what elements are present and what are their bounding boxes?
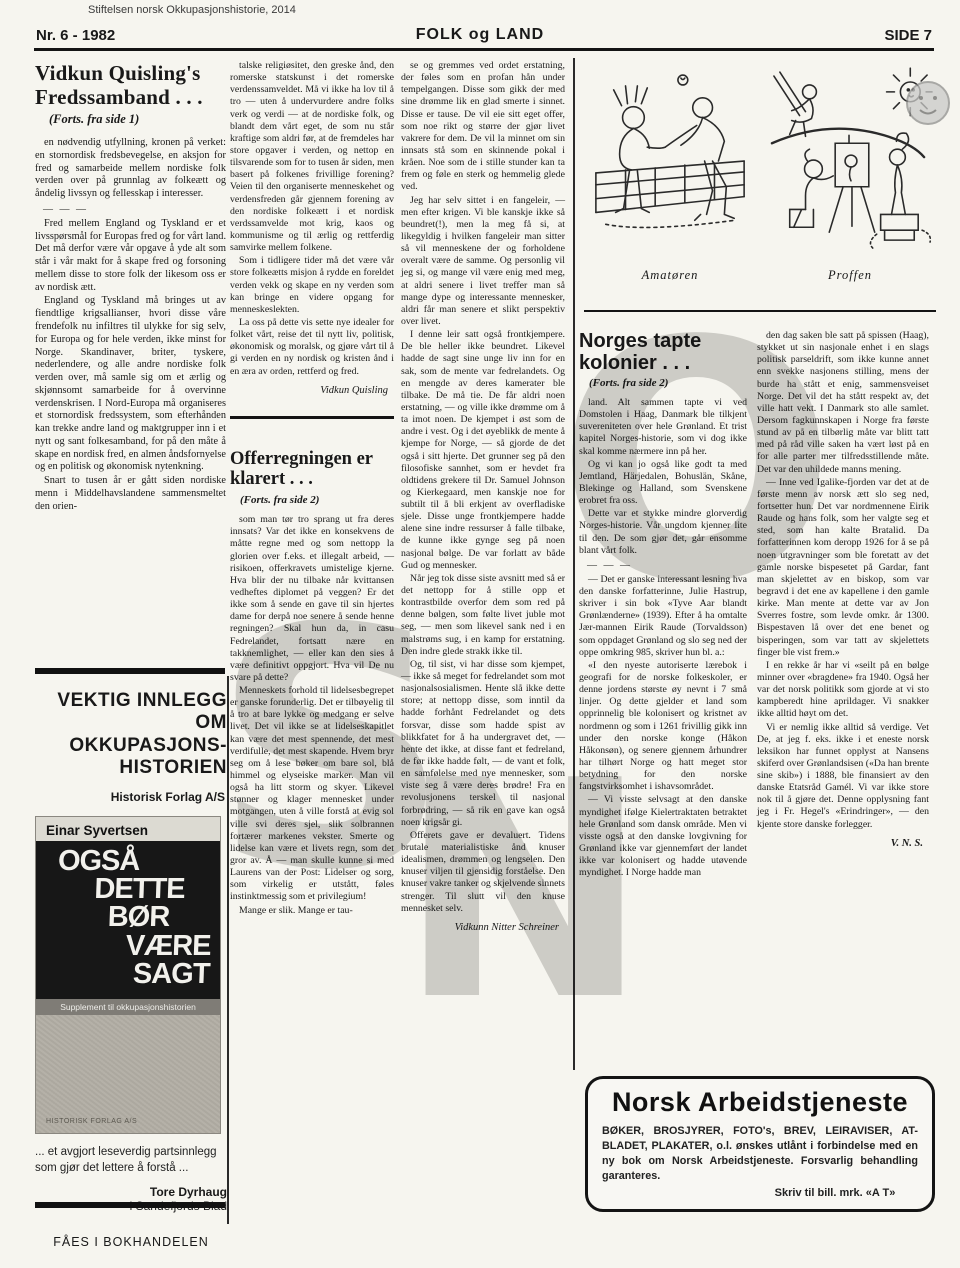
book-subtitle: Supplement til okkupasjonshistorien xyxy=(36,999,220,1015)
paragraph: Jeg har selv sittet i en fangeleir, — me… xyxy=(401,195,565,329)
book-imprint: HISTORISK FORLAG A/S xyxy=(46,1118,137,1125)
book-title-line: OGSÅ xyxy=(42,847,215,875)
paragraph: Som i tidligere tider må det være vår st… xyxy=(230,255,394,316)
classified-ad-footer: Skriv til bill. mrk. «A T» xyxy=(602,1187,918,1199)
cartoon-caption: Amatøren xyxy=(586,268,754,283)
ad-headline-line: OM OKKUPASJONS- xyxy=(35,712,227,757)
signature: V. N. S. xyxy=(757,838,923,849)
book-advertisement: VEKTIG INNLEGG OM OKKUPASJONS- HISTORIEN… xyxy=(35,690,227,1259)
article1-continuation-note: (Forts. fra side 1) xyxy=(49,112,226,127)
paragraph: talske religiøsitet, den greske ånd, den… xyxy=(230,60,394,254)
book-title-line: DETTE BØR xyxy=(41,875,215,932)
signature: Vidkunn Nitter Schreiner xyxy=(401,922,559,933)
article2-continuation-note: (Forts. fra side 2) xyxy=(240,494,394,506)
ad-headline-line: VEKTIG INNLEGG xyxy=(35,690,227,712)
book-author: Einar Syvertsen xyxy=(36,817,220,841)
review-author: Tore Dyrhaug xyxy=(35,1185,227,1199)
page-number: SIDE 7 xyxy=(884,27,932,44)
ad-headline-line: HISTORIEN xyxy=(35,757,227,779)
paragraph: Menneskets forhold til lidelsesbegrepet … xyxy=(230,685,394,904)
paragraph: — Det er ganske interessant lesning hva … xyxy=(579,574,747,659)
article2-title: Offerregningen er klarert . . . xyxy=(230,449,394,490)
column-rule xyxy=(573,58,575,1070)
smiley-doodle xyxy=(903,74,953,132)
scan-credit: Stiftelsen norsk Okkupasjonshistorie, 20… xyxy=(88,4,296,16)
cartoon-caption: Proffen xyxy=(766,268,934,283)
book-cover-photo-area: HISTORISK FORLAG A/S xyxy=(36,1015,220,1133)
paragraph: land. Alt sammen tapte vi ved Domstolen … xyxy=(579,397,747,458)
column-1: Vidkun Quisling's Fredssamband . . . (Fo… xyxy=(35,62,226,514)
book-title-line: VÆRE SAGT xyxy=(41,932,215,989)
masthead-rule xyxy=(34,48,934,51)
paragraph: — Inne ved Igalike-fjorden var det at de… xyxy=(757,477,929,659)
paragraph: I en rekke år har vi «seilt på en bølge … xyxy=(757,660,929,721)
article3-title: Norges tapte kolonier . . . xyxy=(579,330,747,374)
paragraph: «I den nyeste autoriserte lærebok i geog… xyxy=(579,660,747,794)
paragraph: — Vi visste selvsagt at den danske myndi… xyxy=(579,794,747,879)
paragraph: Dette var et stykke mindre glorverdig No… xyxy=(579,508,747,557)
paragraph: Offerets gave er devaluert. Tidens bruta… xyxy=(401,830,565,915)
paragraph: Mange er slik. Mange er tau- xyxy=(230,905,394,917)
classified-ad-box: Norsk Arbeidstjeneste BØKER, BROSJYRER, … xyxy=(585,1076,935,1212)
article3-continuation-note: (Forts. fra side 2) xyxy=(589,377,747,389)
review-quote: ... et avgjort leseverdig partsinnlegg s… xyxy=(35,1144,227,1177)
column-rule xyxy=(227,676,229,1224)
paragraph: Snart to tusen år er gått siden nordiske… xyxy=(35,475,226,513)
paragraph: England og Tyskland må bringes ut av fie… xyxy=(35,295,226,474)
column-5: den dag saken ble satt på spissen (Haag)… xyxy=(757,330,929,853)
paragraph: Når jeg tok disse siste avsnitt med så e… xyxy=(401,573,565,658)
paragraph: I denne leir satt også frontkjempere. De… xyxy=(401,329,565,572)
paragraph: La oss på dette vis sette nye idealer fo… xyxy=(230,317,394,378)
newspaper-title: FOLK og LAND xyxy=(0,26,960,44)
article1-title: Vidkun Quisling's Fredssamband . . . xyxy=(35,62,226,109)
classified-ad-title: Norsk Arbeidstjeneste xyxy=(602,1087,918,1118)
column-2: talske religiøsitet, den greske ånd, den… xyxy=(230,60,394,918)
book-title-block: OGSÅ DETTE BØR VÆRE SAGT xyxy=(36,841,220,999)
dash-separator: — — — xyxy=(587,560,747,571)
column-4: Norges tapte kolonier . . . (Forts. fra … xyxy=(579,330,747,880)
divider-bar xyxy=(35,1202,225,1208)
availability-note: FÅES I BOKHANDELEN xyxy=(35,1235,227,1249)
divider-bar xyxy=(35,668,225,674)
paragraph: Fred mellem England og Tyskland er et li… xyxy=(35,218,226,295)
cartoon-strip: Amatøren Proffen xyxy=(584,56,936,312)
book-cover-image: Einar Syvertsen OGSÅ DETTE BØR VÆRE SAGT… xyxy=(35,816,221,1134)
paragraph: se og gremmes ved ordet erstatning, der … xyxy=(401,60,565,194)
paragraph: en nødvendig utfyllning, kronen på verke… xyxy=(35,137,226,201)
ad-publisher: Historisk Forlag A/S xyxy=(35,790,225,804)
paragraph: den dag saken ble satt på spissen (Haag)… xyxy=(757,330,929,476)
classified-ad-body: BØKER, BROSJYRER, FOTO's, BREV, LEIRAVIS… xyxy=(602,1124,918,1184)
paragraph: Vi er nemlig ikke alltid så verdige. Vet… xyxy=(757,722,929,831)
paragraph: som man tør tro sprang ut fra deres inns… xyxy=(230,514,394,684)
dash-separator: — — — xyxy=(43,204,226,215)
paragraph: Og, til sist, vi har disse som kjempet, … xyxy=(401,659,565,829)
article-divider xyxy=(230,416,394,419)
signature: Vidkun Quisling xyxy=(230,385,388,396)
tennis-cartoon-illustration xyxy=(586,62,754,268)
paragraph: Og vi kan jo også like godt ta med Jemtl… xyxy=(579,459,747,508)
column-3: se og gremmes ved ordet erstatning, der … xyxy=(401,60,565,937)
